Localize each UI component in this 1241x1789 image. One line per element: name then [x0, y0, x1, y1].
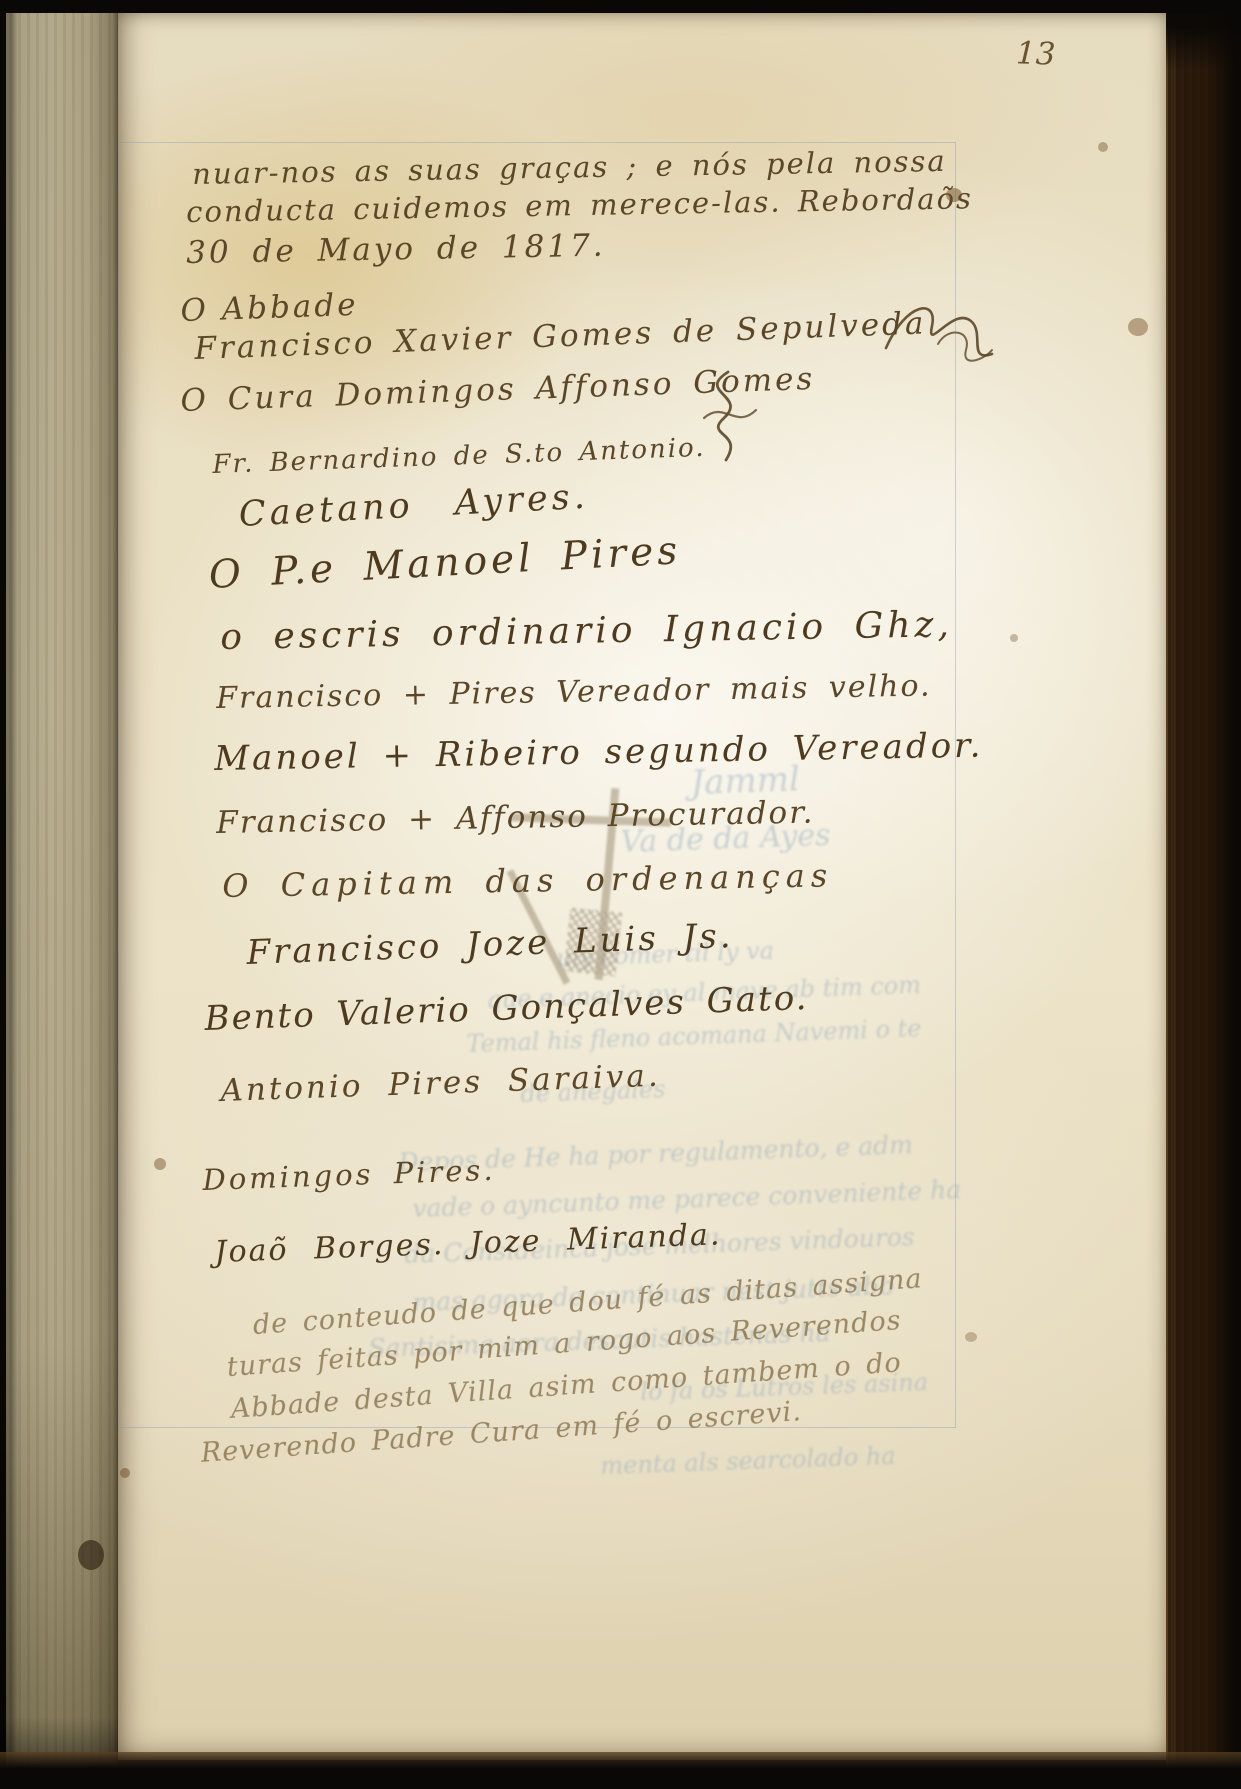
manuscript-line: O P.e Manoel Pires [208, 531, 682, 595]
stain-spot [78, 1540, 104, 1570]
book-fore-edge [1166, 0, 1241, 1789]
manuscript-line: Francisco Joze Luis Js. [246, 919, 734, 970]
manuscript-line: Francisco + Pires Vereador mais velho. [216, 672, 932, 714]
stain-spot [120, 1468, 130, 1478]
stain-spot [1010, 634, 1018, 642]
manuscript-photo: JammlVa de da Ayesuiy comer til ly vaque… [0, 0, 1241, 1789]
stain-spot [1098, 142, 1108, 152]
manuscript-line: Fr. Bernardino de S.to Antonio. [212, 435, 706, 478]
photo-border-bottom [0, 1752, 1241, 1789]
manuscript-line: Antonio Pires Saraiva. [220, 1061, 661, 1107]
manuscript-line: 30 de Mayo de 1817. [186, 231, 606, 269]
manuscript-line: Domingos Pires. [202, 1156, 496, 1195]
manuscript-line: Bento Valerio Gonçalves Gato. [204, 981, 809, 1036]
manuscript-line: conducta cuidemos em merece-las. Reborda… [186, 184, 973, 227]
signature-rubric-icon [880, 296, 1000, 376]
manuscript-line: nuar-nos as suas graças ; e nós pela nos… [192, 147, 947, 189]
manuscript-line: Caetano Ayres. [238, 480, 590, 533]
manuscript-line: O Abbade [180, 290, 359, 327]
stain-spot [965, 1332, 977, 1342]
manuscript-line: O Capitam das ordenanças [222, 859, 833, 902]
page-number: 13 [1015, 35, 1056, 72]
photo-border-top [0, 0, 1241, 13]
manuscript-line: Joaõ Borges. Joze Miranda. [214, 1220, 722, 1268]
signature-rubric-icon [676, 366, 776, 466]
stain-spot [154, 1158, 166, 1170]
manuscript-line: Manoel + Ribeiro segundo Vereador. [214, 729, 984, 776]
manuscript-text-layer: nuar-nos as suas graças ; e nós pela nos… [0, 0, 1241, 1789]
stain-spot [1128, 318, 1148, 336]
manuscript-line: o escris ordinario Ignacio Ghz, [220, 607, 953, 656]
stain-spot [946, 188, 962, 202]
manuscript-line: Francisco + Affonso Procurador. [216, 798, 815, 839]
